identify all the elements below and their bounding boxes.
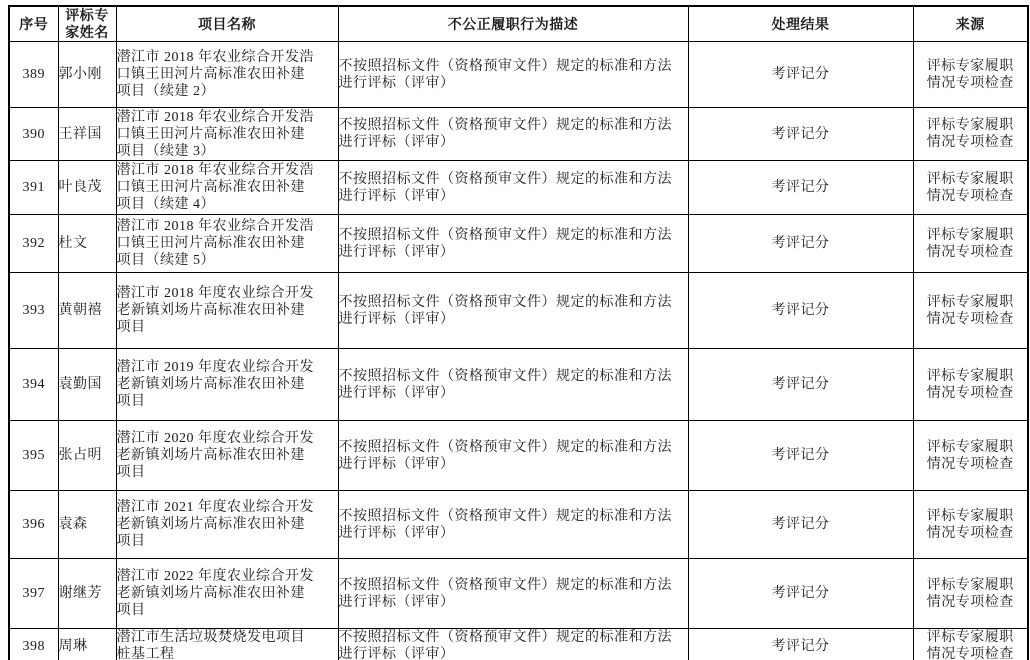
cell-no: 390 — [9, 108, 58, 161]
cell-no: 394 — [9, 349, 58, 421]
cell-no: 391 — [9, 161, 58, 215]
table-row: 398 周琳 潜江市生活垃圾焚烧发电项目 桩基工程 不按照招标文件（资格预审文件… — [9, 629, 1028, 660]
cell-project-name: 潜江市 2018 年农业综合开发浩 口镇王田河片高标准农田补建 项目（续建 3） — [116, 108, 338, 161]
table-row: 391 叶良茂 潜江市 2018 年农业综合开发浩 口镇王田河片高标准农田补建 … — [9, 161, 1028, 215]
table-row: 396 袁森 潜江市 2021 年度农业综合开发 老新镇刘场片高标准农田补建 项… — [9, 491, 1028, 559]
cell-expert-name: 袁勤国 — [58, 349, 116, 421]
cell-result: 考评记分 — [688, 559, 913, 629]
table-row: 395 张占明 潜江市 2020 年度农业综合开发 老新镇刘场片高标准农田补建 … — [9, 421, 1028, 491]
cell-project-name: 潜江市 2020 年度农业综合开发 老新镇刘场片高标准农田补建 项目 — [116, 421, 338, 491]
cell-source: 评标专家履职 情况专项检查 — [913, 108, 1028, 161]
cell-result: 考评记分 — [688, 491, 913, 559]
cell-result: 考评记分 — [688, 629, 913, 660]
table-row: 389 郭小刚 潜江市 2018 年农业综合开发浩 口镇王田河片高标准农田补建 … — [9, 42, 1028, 108]
table-row: 394 袁勤国 潜江市 2019 年度农业综合开发 老新镇刘场片高标准农田补建 … — [9, 349, 1028, 421]
cell-expert-name: 张占明 — [58, 421, 116, 491]
cell-result: 考评记分 — [688, 349, 913, 421]
cell-behavior: 不按照招标文件（资格预审文件）规定的标准和方法 进行评标（评审） — [338, 42, 688, 108]
cell-source: 评标专家履职 情况专项检查 — [913, 349, 1028, 421]
cell-behavior: 不按照招标文件（资格预审文件）规定的标准和方法 进行评标（评审） — [338, 161, 688, 215]
col-header-expert-name: 评标专 家姓名 — [58, 6, 116, 42]
cell-behavior: 不按照招标文件（资格预审文件）规定的标准和方法 进行评标（评审） — [338, 349, 688, 421]
col-header-source: 来源 — [913, 6, 1028, 42]
cell-expert-name: 谢继芳 — [58, 559, 116, 629]
cell-no: 393 — [9, 273, 58, 349]
cell-source: 评标专家履职 情况专项检查 — [913, 559, 1028, 629]
cell-expert-name: 袁森 — [58, 491, 116, 559]
cell-project-name: 潜江市 2018 年度农业综合开发 老新镇刘场片高标准农田补建 项目 — [116, 273, 338, 349]
cell-source: 评标专家履职 情况专项检查 — [913, 629, 1028, 660]
col-header-no: 序号 — [9, 6, 58, 42]
cell-source: 评标专家履职 情况专项检查 — [913, 273, 1028, 349]
cell-project-name: 潜江市 2019 年度农业综合开发 老新镇刘场片高标准农田补建 项目 — [116, 349, 338, 421]
cell-source: 评标专家履职 情况专项检查 — [913, 215, 1028, 273]
table-row: 397 谢继芳 潜江市 2022 年度农业综合开发 老新镇刘场片高标准农田补建 … — [9, 559, 1028, 629]
cell-expert-name: 王祥国 — [58, 108, 116, 161]
cell-no: 398 — [9, 629, 58, 660]
cell-behavior: 不按照招标文件（资格预审文件）规定的标准和方法 进行评标（评审） — [338, 629, 688, 660]
cell-no: 395 — [9, 421, 58, 491]
cell-expert-name: 黄朝禧 — [58, 273, 116, 349]
expert-misconduct-table: 序号 评标专 家姓名 项目名称 不公正履职行为描述 处理结果 来源 389 郭小… — [8, 5, 1029, 660]
table-row: 392 杜文 潜江市 2018 年农业综合开发浩 口镇王田河片高标准农田补建 项… — [9, 215, 1028, 273]
cell-result: 考评记分 — [688, 215, 913, 273]
cell-result: 考评记分 — [688, 421, 913, 491]
cell-source: 评标专家履职 情况专项检查 — [913, 491, 1028, 559]
table-row: 390 王祥国 潜江市 2018 年农业综合开发浩 口镇王田河片高标准农田补建 … — [9, 108, 1028, 161]
cell-behavior: 不按照招标文件（资格预审文件）规定的标准和方法 进行评标（评审） — [338, 215, 688, 273]
cell-behavior: 不按照招标文件（资格预审文件）规定的标准和方法 进行评标（评审） — [338, 421, 688, 491]
header-row: 序号 评标专 家姓名 项目名称 不公正履职行为描述 处理结果 来源 — [9, 6, 1028, 42]
cell-project-name: 潜江市 2021 年度农业综合开发 老新镇刘场片高标准农田补建 项目 — [116, 491, 338, 559]
cell-no: 396 — [9, 491, 58, 559]
col-header-behavior: 不公正履职行为描述 — [338, 6, 688, 42]
cell-behavior: 不按照招标文件（资格预审文件）规定的标准和方法 进行评标（评审） — [338, 559, 688, 629]
cell-behavior: 不按照招标文件（资格预审文件）规定的标准和方法 进行评标（评审） — [338, 491, 688, 559]
cell-result: 考评记分 — [688, 42, 913, 108]
cell-project-name: 潜江市 2018 年农业综合开发浩 口镇王田河片高标准农田补建 项目（续建 5） — [116, 215, 338, 273]
cell-expert-name: 杜文 — [58, 215, 116, 273]
document-page: 序号 评标专 家姓名 项目名称 不公正履职行为描述 处理结果 来源 389 郭小… — [0, 0, 1030, 660]
col-header-project-name: 项目名称 — [116, 6, 338, 42]
cell-no: 397 — [9, 559, 58, 629]
cell-source: 评标专家履职 情况专项检查 — [913, 42, 1028, 108]
cell-project-name: 潜江市 2018 年农业综合开发浩 口镇王田河片高标准农田补建 项目（续建 4） — [116, 161, 338, 215]
cell-result: 考评记分 — [688, 108, 913, 161]
cell-source: 评标专家履职 情况专项检查 — [913, 161, 1028, 215]
cell-no: 389 — [9, 42, 58, 108]
cell-behavior: 不按照招标文件（资格预审文件）规定的标准和方法 进行评标（评审） — [338, 273, 688, 349]
cell-project-name: 潜江市生活垃圾焚烧发电项目 桩基工程 — [116, 629, 338, 660]
cell-no: 392 — [9, 215, 58, 273]
cell-project-name: 潜江市 2022 年度农业综合开发 老新镇刘场片高标准农田补建 项目 — [116, 559, 338, 629]
cell-result: 考评记分 — [688, 273, 913, 349]
cell-expert-name: 叶良茂 — [58, 161, 116, 215]
cell-result: 考评记分 — [688, 161, 913, 215]
table-row: 393 黄朝禧 潜江市 2018 年度农业综合开发 老新镇刘场片高标准农田补建 … — [9, 273, 1028, 349]
cell-source: 评标专家履职 情况专项检查 — [913, 421, 1028, 491]
col-header-result: 处理结果 — [688, 6, 913, 42]
cell-project-name: 潜江市 2018 年农业综合开发浩 口镇王田河片高标准农田补建 项目（续建 2） — [116, 42, 338, 108]
cell-expert-name: 周琳 — [58, 629, 116, 660]
cell-expert-name: 郭小刚 — [58, 42, 116, 108]
cell-behavior: 不按照招标文件（资格预审文件）规定的标准和方法 进行评标（评审） — [338, 108, 688, 161]
